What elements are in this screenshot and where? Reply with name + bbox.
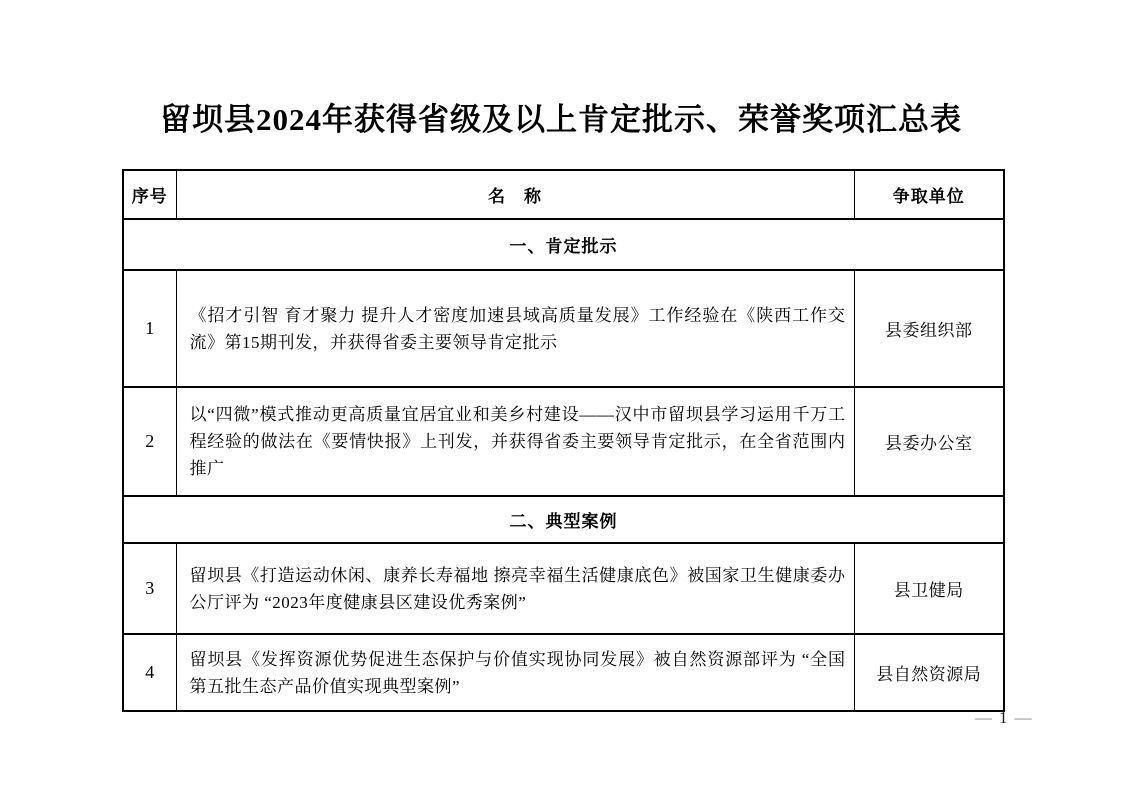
section-title: 二、典型案例 xyxy=(123,496,1004,543)
row-name: 《招才引智 育才聚力 提升人才密度加速县域高质量发展》工作经验在《陕西工作交流》… xyxy=(176,270,854,387)
row-name: 留坝县《打造运动休闲、康养长寿福地 擦亮幸福生活健康底色》被国家卫生健康委办公厅… xyxy=(176,543,854,634)
awards-summary-table: 序号 名 称 争取单位 一、肯定批示 1 《招才引智 育才聚力 提升人才密度加速… xyxy=(122,169,1005,712)
table-header-row: 序号 名 称 争取单位 xyxy=(123,170,1004,219)
column-header-name: 名 称 xyxy=(176,170,854,219)
section-title: 一、肯定批示 xyxy=(123,219,1004,270)
document-title: 留坝县2024年获得省级及以上肯定批示、荣誉奖项汇总表 xyxy=(0,94,1122,139)
table-row: 3 留坝县《打造运动休闲、康养长寿福地 擦亮幸福生活健康底色》被国家卫生健康委办… xyxy=(123,543,1004,634)
section-row-affirmative-instructions: 一、肯定批示 xyxy=(123,219,1004,270)
row-index: 2 xyxy=(123,387,176,496)
row-unit: 县自然资源局 xyxy=(854,634,1004,711)
section-row-typical-cases: 二、典型案例 xyxy=(123,496,1004,543)
page-number: —1— xyxy=(975,708,1032,728)
table-row: 2 以“四微”模式推动更高质量宜居宜业和美乡村建设——汉中市留坝县学习运用千万工… xyxy=(123,387,1004,496)
row-name: 以“四微”模式推动更高质量宜居宜业和美乡村建设——汉中市留坝县学习运用千万工程经… xyxy=(176,387,854,496)
row-index: 3 xyxy=(123,543,176,634)
table-row: 4 留坝县《发挥资源优势促进生态保护与价值实现协同发展》被自然资源部评为 “全国… xyxy=(123,634,1004,711)
page-number-dash-right: — xyxy=(1015,708,1032,727)
page-number-dash-left: — xyxy=(975,708,992,727)
row-unit: 县委组织部 xyxy=(854,270,1004,387)
row-unit: 县卫健局 xyxy=(854,543,1004,634)
row-unit: 县委办公室 xyxy=(854,387,1004,496)
page-number-value: 1 xyxy=(992,708,1015,727)
row-index: 1 xyxy=(123,270,176,387)
column-header-index: 序号 xyxy=(123,170,176,219)
document-page: 留坝县2024年获得省级及以上肯定批示、荣誉奖项汇总表 序号 名 称 争取单位 … xyxy=(0,0,1122,793)
table-row: 1 《招才引智 育才聚力 提升人才密度加速县域高质量发展》工作经验在《陕西工作交… xyxy=(123,270,1004,387)
row-index: 4 xyxy=(123,634,176,711)
row-name: 留坝县《发挥资源优势促进生态保护与价值实现协同发展》被自然资源部评为 “全国第五… xyxy=(176,634,854,711)
column-header-unit: 争取单位 xyxy=(854,170,1004,219)
